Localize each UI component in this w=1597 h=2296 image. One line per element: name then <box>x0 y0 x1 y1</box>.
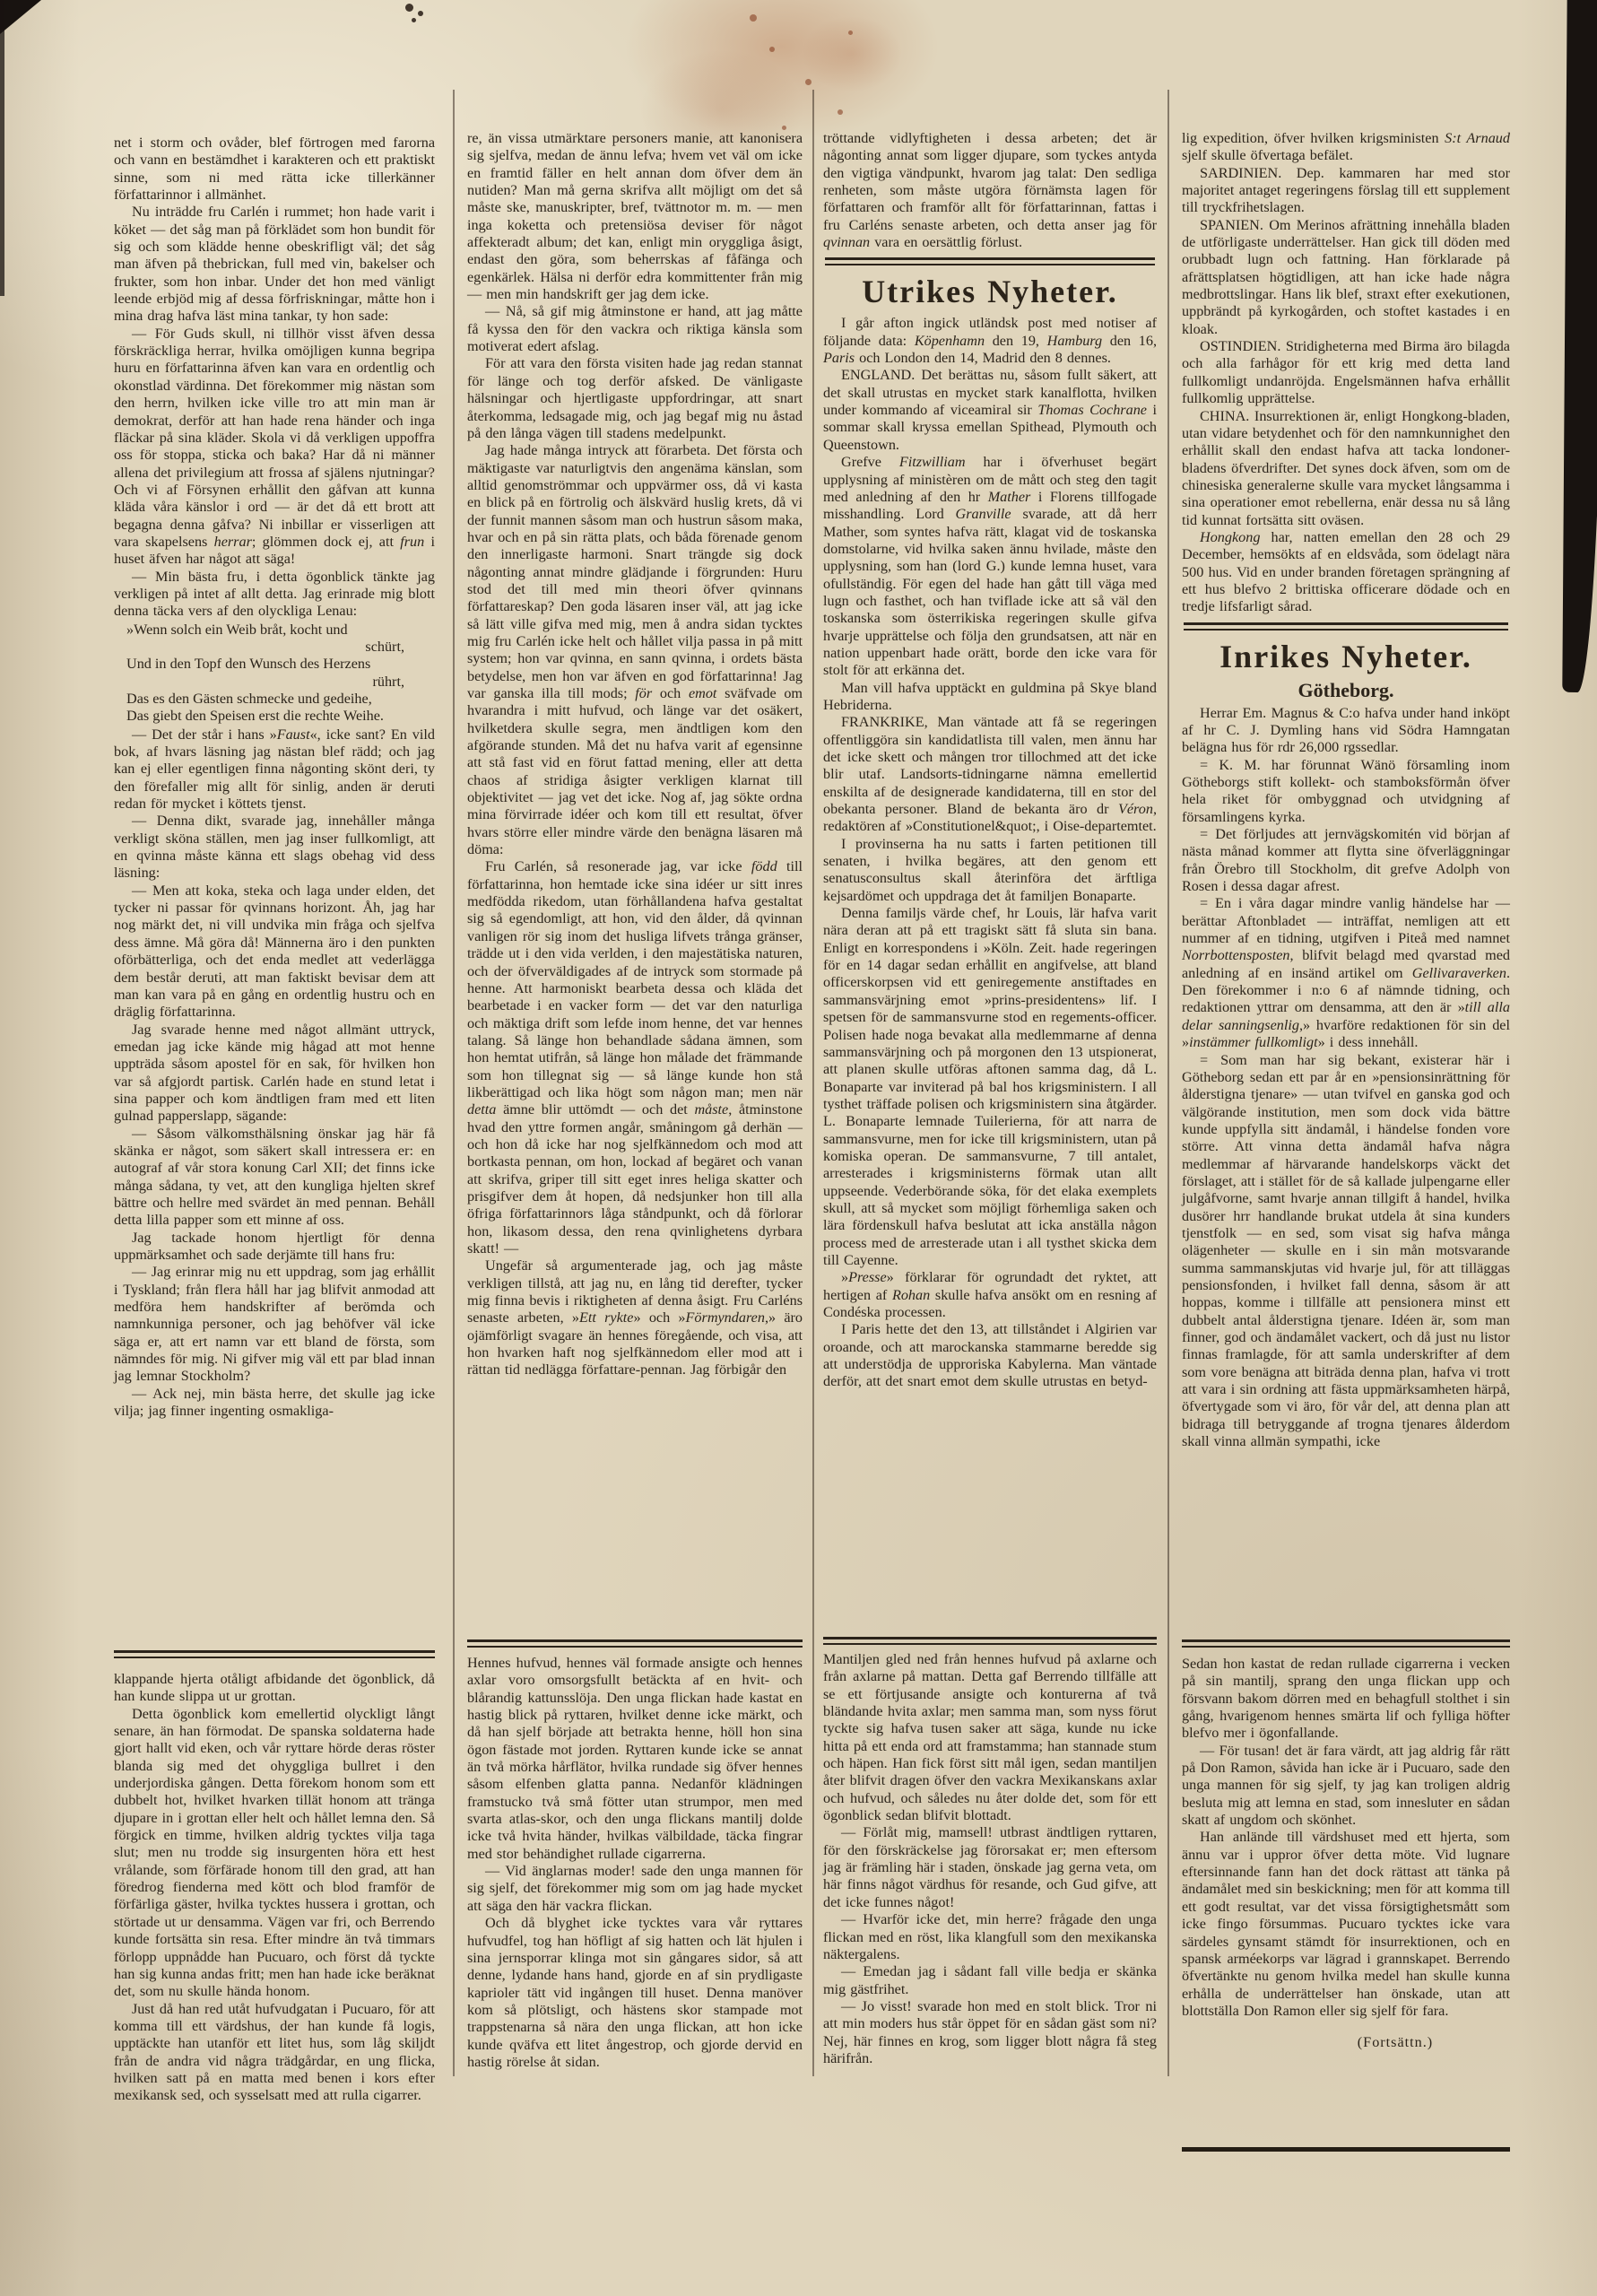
paragraph: — Nå, så gif mig åtminstone er hand, att… <box>467 303 803 355</box>
paragraph: — Hvarför icke det, min herre? frågade d… <box>823 1911 1157 1963</box>
stain-dot <box>838 109 843 115</box>
section-divider <box>1182 1639 1510 1648</box>
paragraph: ENGLAND. Det berättas nu, såsom fullt sä… <box>823 367 1157 454</box>
divider-rule <box>825 257 1155 265</box>
paragraph: net i storm och ovåder, blef förtrogen m… <box>114 135 435 204</box>
verse-line: »Wenn solch ein Weib bråt, kocht und <box>126 622 435 639</box>
stain-dot <box>769 47 775 52</box>
verse-line: rührt, <box>126 674 435 691</box>
column-1-bottom: klappande hjerta otåligt afbidande det ö… <box>114 1671 435 2105</box>
paragraph: Jag tackade honom hjertligt för denna up… <box>114 1230 435 1265</box>
paragraph: Herrar Em. Magnus & C:o hafva under hand… <box>1182 705 1510 757</box>
paragraph: SPANIEN. Om Merinos afrättning innehålla… <box>1182 217 1510 338</box>
paragraph: Hongkong har, natten emellan den 28 och … <box>1182 529 1510 616</box>
paragraph: — Jo visst! svarade hon med en stolt bli… <box>823 1998 1157 2067</box>
paragraph: — Ack nej, min bästa herre, det skulle j… <box>114 1386 435 1421</box>
paragraph: Fru Carlén, så resonerade jag, var icke … <box>467 858 803 1257</box>
paragraph: SARDINIEN. Dep. kammaren har med stor ma… <box>1182 165 1510 217</box>
paragraph: — Jag erinrar mig nu ett uppdrag, som ja… <box>114 1264 435 1385</box>
end-rule <box>1182 2147 1510 2152</box>
paragraph: Grefve Fitzwilliam har i öfverhuset begä… <box>823 454 1157 679</box>
paragraph: re, än vissa utmärktare personers manie,… <box>467 130 803 303</box>
ink-speck <box>412 18 416 22</box>
column-rule-1 <box>453 90 455 2076</box>
section-divider <box>823 1637 1157 1645</box>
section-divider <box>467 1639 803 1648</box>
newspaper-page: net i storm och ovåder, blef förtrogen m… <box>0 0 1597 2296</box>
stain-dot <box>750 14 757 22</box>
column-1-top: net i storm och ovåder, blef förtrogen m… <box>114 135 435 1420</box>
paragraph: = En i våra dagar mindre vanlig händelse… <box>1182 895 1510 1051</box>
continuation-note: (Fortsättn.) <box>1182 2034 1510 2051</box>
paragraph: lig expedition, öfver hvilken krigsminis… <box>1182 130 1510 165</box>
paragraph: I Paris hette det den 13, att tillstånde… <box>823 1321 1157 1390</box>
stain-dot <box>848 30 853 35</box>
divider-rule <box>1184 622 1508 631</box>
column-rule-2 <box>812 90 814 2076</box>
paragraph: Just då han red utåt hufvudgatan i Pucua… <box>114 2001 435 2105</box>
section-heading: Utrikes Nyheter. <box>823 274 1157 309</box>
paragraph: — För Guds skull, ni tillhör visst äfven… <box>114 326 435 569</box>
section-divider <box>114 1650 435 1658</box>
paragraph: tröttande vidlyftigheten i dessa arbeten… <box>823 130 1157 251</box>
paragraph: Denna familjs värde chef, hr Louis, lär … <box>823 905 1157 1269</box>
paragraph: — Det der står i hans »Faust«, icke sant… <box>114 726 435 813</box>
paragraph: Hennes hufvud, hennes väl formade ansigt… <box>467 1655 803 1863</box>
paragraph: Detta ögonblick kom emellertid olyckligt… <box>114 1706 435 2001</box>
paragraph: — Vid änglarnas moder! sade den unga man… <box>467 1863 803 1915</box>
paragraph: Man vill hafva upptäckt en guldmina på S… <box>823 680 1157 715</box>
paragraph: Han anlände till värdshuset med ett hjer… <box>1182 1829 1510 2020</box>
paragraph: CHINA. Insurrektionen är, enligt Hongkon… <box>1182 408 1510 529</box>
paragraph: För att vara den första visiten hade jag… <box>467 355 803 442</box>
paragraph: — Min bästa fru, i detta ögonblick tänkt… <box>114 569 435 621</box>
paragraph: I provinserna ha nu satts i farten petit… <box>823 836 1157 905</box>
paragraph: = Det förljudes att jernvägskomitén vid … <box>1182 826 1510 895</box>
column-4-bottom: Sedan hon kastat de redan rullade cigarr… <box>1182 1656 1510 2052</box>
column-2-bottom: Hennes hufvud, hennes väl formade ansigt… <box>467 1655 803 2071</box>
paragraph: — Såsom välkomsthälsning önskar jag här … <box>114 1126 435 1230</box>
column-rule-3 <box>1167 90 1169 2076</box>
column-3-top: tröttande vidlyftigheten i dessa arbeten… <box>823 130 1157 1391</box>
paragraph: Jag svarade henne med något allmänt uttr… <box>114 1022 435 1126</box>
paragraph: OSTINDIEN. Stridigheterna med Birma äro … <box>1182 338 1510 407</box>
paragraph: I går afton ingick utländsk post med not… <box>823 315 1157 367</box>
verse-line: schürt, <box>126 639 435 656</box>
right-edge-shadow <box>1562 0 1597 692</box>
section-heading: Inrikes Nyheter. <box>1182 639 1510 674</box>
column-3-bottom: Mantiljen gled ned från hennes hufvud på… <box>823 1651 1157 2067</box>
paragraph: Ungefär så argumenterade jag, och jag må… <box>467 1257 803 1378</box>
paragraph: — Emedan jag i sådant fall ville bedja e… <box>823 1963 1157 1998</box>
paragraph: — Förlåt mig, mamsell! utbrast ändtligen… <box>823 1824 1157 1911</box>
paragraph: Mantiljen gled ned från hennes hufvud på… <box>823 1651 1157 1824</box>
section-subheading: Götheborg. <box>1182 680 1510 701</box>
verse-quote: »Wenn solch ein Weib bråt, kocht undschü… <box>126 622 435 726</box>
paragraph: Jag hade många intryck att förarbeta. De… <box>467 442 803 858</box>
paragraph: »Presse» förklarar för ogrundadt det ryk… <box>823 1269 1157 1321</box>
paragraph: Nu inträdde fru Carlén i rummet; hon had… <box>114 204 435 325</box>
paragraph: — Denna dikt, svarade jag, innehåller må… <box>114 813 435 882</box>
paragraph: = K. M. har förunnat Wänö församling ino… <box>1182 757 1510 826</box>
verse-line: Das giebt den Speisen erst die rechte We… <box>126 708 435 725</box>
paragraph: — Men att koka, steka och laga under eld… <box>114 883 435 1022</box>
column-4-top: lig expedition, öfver hvilken krigsminis… <box>1182 130 1510 1450</box>
ink-speck <box>405 4 413 12</box>
paragraph: FRANKRIKE, Man väntade att få se regerin… <box>823 714 1157 835</box>
paragraph: — För tusan! det är fara värdt, att jag … <box>1182 1743 1510 1830</box>
column-2-top: re, än vissa utmärktare personers manie,… <box>467 130 803 1379</box>
left-edge-line <box>0 0 4 296</box>
verse-line: Das es den Gästen schmecke und gedeihe, <box>126 691 435 708</box>
paragraph: Och då blyghet icke tycktes vara vår ryt… <box>467 1915 803 2071</box>
paragraph: = Som man har sig bekant, existerar här … <box>1182 1052 1510 1451</box>
paragraph: klappande hjerta otåligt afbidande det ö… <box>114 1671 435 1706</box>
verse-line: Und in den Topf den Wunsch des Herzens <box>126 656 435 673</box>
top-left-corner-mark <box>0 0 41 34</box>
paragraph: Sedan hon kastat de redan rullade cigarr… <box>1182 1656 1510 1743</box>
stain-dot <box>805 79 812 85</box>
ink-speck <box>418 11 423 16</box>
